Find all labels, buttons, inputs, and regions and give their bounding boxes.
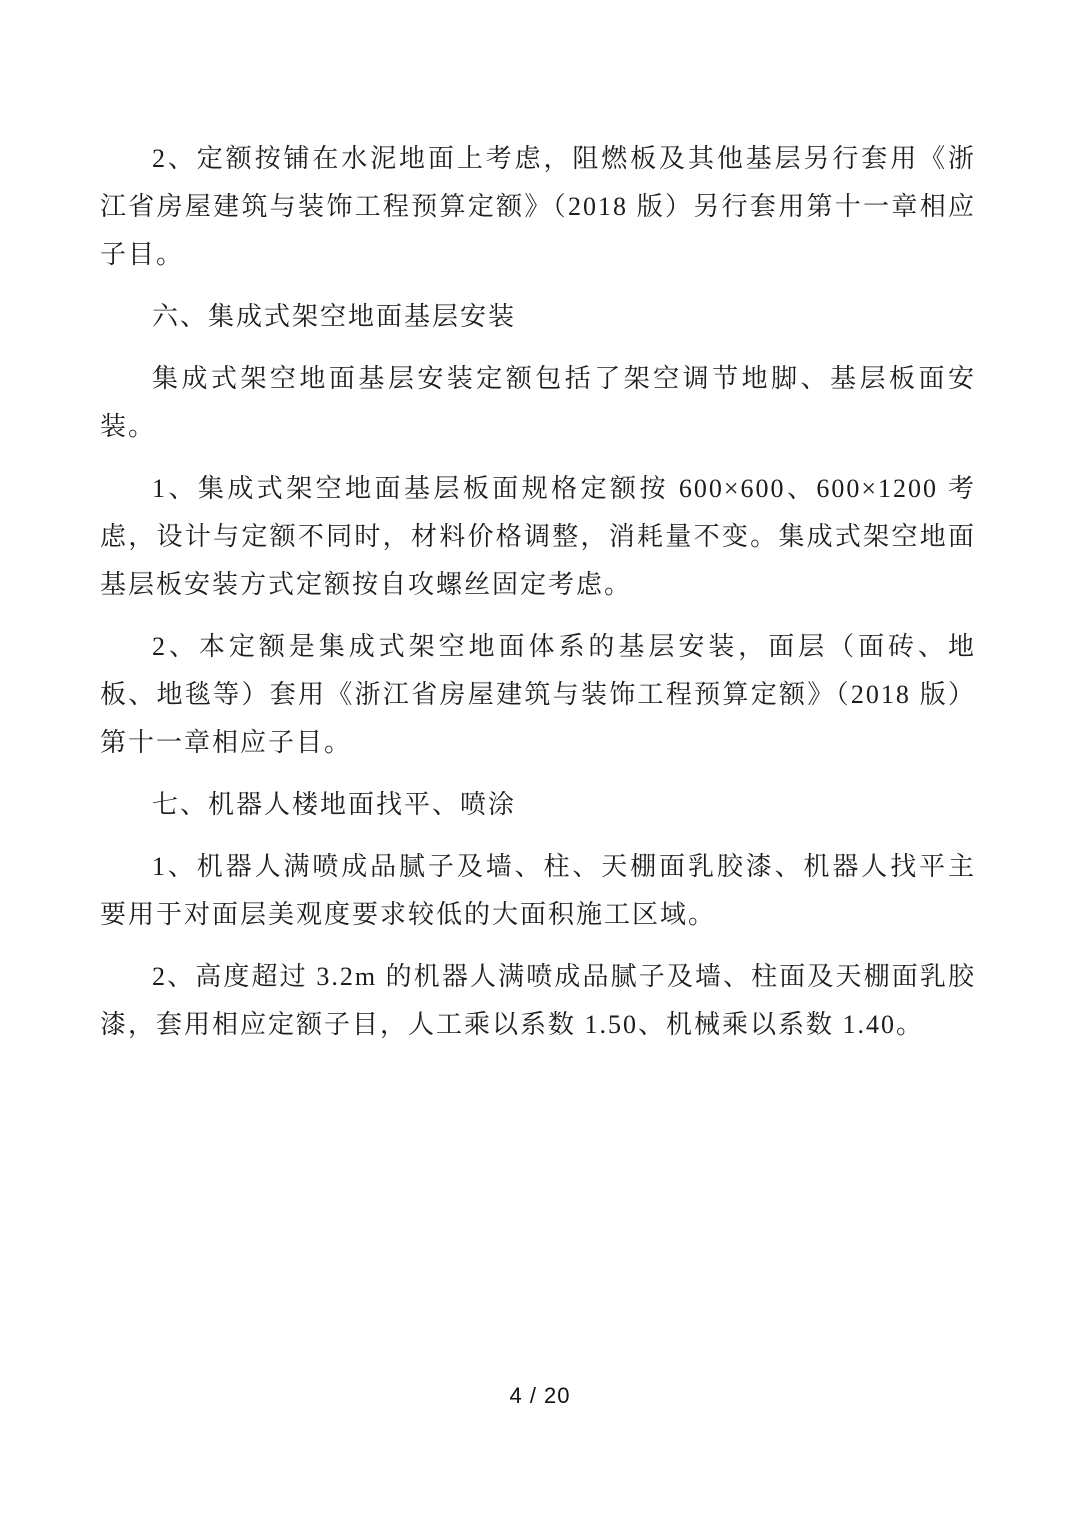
page-number: 4 / 20 (0, 1383, 1080, 1409)
paragraph-raised-floor-intro: 集成式架空地面基层安装定额包括了架空调节地脚、基层板面安装。 (100, 355, 976, 451)
document-body: 2、定额按铺在水泥地面上考虑，阻燃板及其他基层另行套用《浙江省房屋建筑与装饰工程… (100, 135, 976, 1063)
paragraph-raised-floor-surface: 2、本定额是集成式架空地面体系的基层安装，面层（面砖、地板、地毯等）套用《浙江省… (100, 623, 976, 767)
section-heading-7: 七、机器人楼地面找平、喷涂 (100, 781, 976, 829)
paragraph-robot-spray-height: 2、高度超过 3.2m 的机器人满喷成品腻子及墙、柱面及天棚面乳胶漆，套用相应定… (100, 953, 976, 1049)
paragraph-raised-floor-spec: 1、集成式架空地面基层板面规格定额按 600×600、600×1200 考虑，设… (100, 465, 976, 609)
section-heading-6: 六、集成式架空地面基层安装 (100, 293, 976, 341)
paragraph-cement-floor-note: 2、定额按铺在水泥地面上考虑，阻燃板及其他基层另行套用《浙江省房屋建筑与装饰工程… (100, 135, 976, 279)
document-page: 2、定额按铺在水泥地面上考虑，阻燃板及其他基层另行套用《浙江省房屋建筑与装饰工程… (0, 0, 1080, 1527)
paragraph-robot-spray-usage: 1、机器人满喷成品腻子及墙、柱、天棚面乳胶漆、机器人找平主要用于对面层美观度要求… (100, 843, 976, 939)
